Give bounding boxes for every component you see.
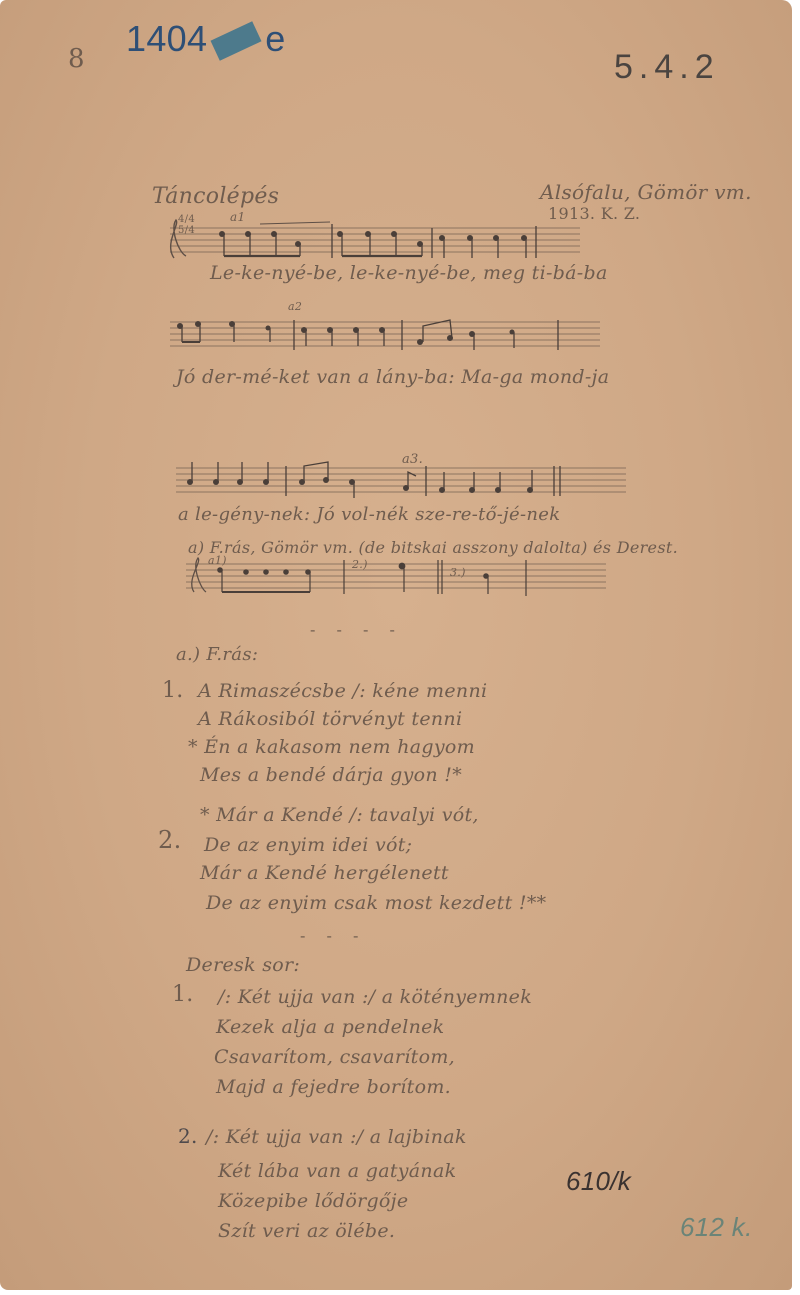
section-b-stanza-1-line-1: /: Két ujja van :/ a kötényemnek (218, 986, 532, 1008)
section-b-stanza-2-number: 2. (178, 1124, 198, 1148)
catalog-crossed-out: x (211, 22, 262, 61)
section-b-stanza-1-line-2: Kezek alja a pendelnek (216, 1016, 445, 1038)
section-b-stanza-1-line-4: Majd a fejedre borítom. (216, 1076, 451, 1098)
section-a-stanza-2-line-1: * Már a Kendé /: tavalyi vót, (200, 804, 479, 826)
music-staff-variant (186, 556, 626, 600)
catalog-number: 1404xe (126, 18, 286, 60)
music-staff-3 (176, 460, 626, 504)
page-number-left: 8 (68, 44, 85, 74)
variant-staff-label-2: 2.) (352, 558, 368, 571)
staff-1-label: a1 (230, 210, 245, 224)
section-b-stanza-1-number: 1. (172, 982, 194, 1007)
section-b-stanza-1-line-3: Csavarítom, csavarítom, (214, 1046, 455, 1068)
section-b-stanza-2-line-4: Szít veri az ölébe. (218, 1220, 395, 1242)
section-a-stanza-1-number: 1. (162, 678, 184, 703)
section-a-stanza-1-line-4: Mes a bendé dárja gyon !* (200, 764, 462, 786)
catalog-number-value: 1404 (126, 18, 207, 59)
music-staff-1 (160, 214, 580, 264)
staff-2-notation (170, 312, 600, 358)
staff-1-lyrics: Le-ke-nyé-be, le-ke-nyé-be, meg ti-bá-ba (210, 262, 608, 284)
section-b-stanza-2-line-1: /: Két ujja van :/ a lajbinak (206, 1126, 467, 1148)
music-staff-2 (170, 312, 600, 358)
section-a-stanza-1-line-2: A Rákosiból törvényt tenni (198, 708, 462, 730)
variant-note: a) F.rás, Gömör vm. (de bitskai asszony … (188, 538, 678, 557)
staff-3-lyrics: a le-gény-nek: Jó vol-nék sze-re-tő-jé-n… (178, 504, 560, 525)
staff-3-notation (176, 460, 626, 504)
song-title: Táncolépés (152, 184, 279, 209)
section-b-stanza-2-line-3: Közepibe lődörgője (218, 1190, 408, 1212)
section-divider-2: - - - (300, 926, 366, 945)
song-location: Alsófalu, Gömör vm. (540, 180, 752, 204)
archive-number-1: 610/k (566, 1166, 631, 1197)
variant-staff-notation (186, 556, 626, 600)
section-a-stanza-2-line-4: De az enyim csak most kezdett !** (206, 892, 546, 914)
variant-staff-label-1: a1) (208, 554, 227, 567)
staff-2-lyrics: Jó der-mé-ket van a lány-ba: Ma-ga mond-… (176, 366, 609, 388)
section-b-heading: Deresk sor: (186, 954, 300, 976)
section-a-heading: a.) F.rás: (176, 644, 258, 665)
section-a-stanza-2-line-3: Már a Kendé hergélenett (200, 862, 449, 884)
staff-1-time-signature: 4/4 5/4 (178, 214, 208, 236)
catalog-suffix: e (265, 18, 285, 59)
variant-staff-label-3: 3.) (450, 566, 466, 579)
section-a-stanza-2-number: 2. (158, 826, 182, 854)
section-a-stanza-1-line-1: A Rimaszécsbe /: kéne menni (198, 680, 487, 702)
reference-number-right: 5.4.2 (614, 48, 720, 87)
staff-1-notation (160, 214, 580, 264)
section-b-stanza-2-line-2: Két lába van a gatyának (218, 1160, 456, 1182)
archive-number-2: 612 k. (680, 1212, 753, 1243)
section-a-stanza-1-line-3: * Én a kakasom nem hagyom (188, 736, 475, 758)
section-divider-1: - - - - (310, 620, 403, 639)
section-a-stanza-2-line-2: De az enyim idei vót; (204, 834, 412, 856)
